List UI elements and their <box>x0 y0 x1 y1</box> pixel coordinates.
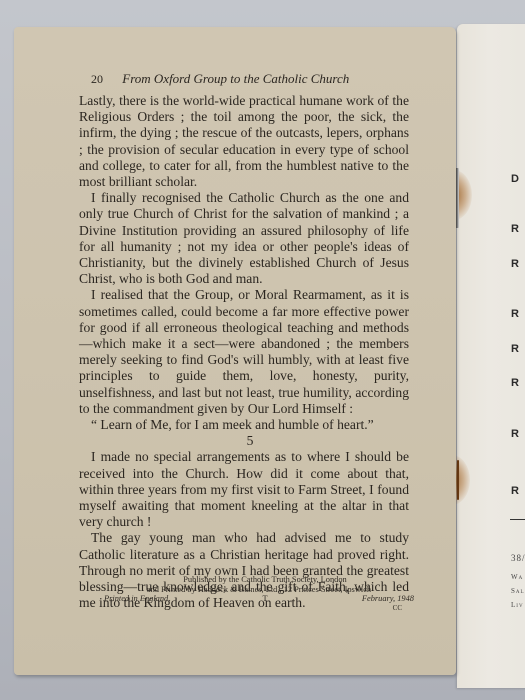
staple <box>457 460 459 500</box>
body-text: Lastly, there is the world-wide practica… <box>79 93 409 612</box>
paragraph: I made no special arrangements as to whe… <box>79 449 409 530</box>
paragraph: I finally recognised the Catholic Church… <box>79 190 409 287</box>
paragraph: Lastly, there is the world-wide practica… <box>79 93 409 190</box>
right-page-mark: R <box>511 308 519 320</box>
right-page-mark: R <box>511 258 519 270</box>
right-page-price-fragment: 38/ <box>511 553 525 563</box>
right-page-header-fragment: D <box>511 173 519 185</box>
right-page-rule <box>510 519 525 520</box>
publisher-line: Published by the Catholic Truth Society,… <box>104 575 414 585</box>
running-title: From Oxford Group to the Catholic Church <box>122 71 349 86</box>
printed-in: Printed in England <box>104 594 168 604</box>
printer-line: and Printed by Haddock & Baines, Ltd., 1… <box>104 585 414 595</box>
right-page-line: Sal <box>511 587 525 595</box>
colophon: Published by the Catholic Truth Society,… <box>104 575 414 613</box>
right-page-line: Wa <box>511 573 523 581</box>
right-page-line: Liv <box>511 601 524 609</box>
right-page-edge: D R R R R R R R 38/ Wa Sal Liv <box>457 24 525 688</box>
running-header: 20 From Oxford Group to the Catholic Chu… <box>91 71 411 87</box>
signature-mark: T <box>262 594 267 604</box>
page-number: 20 <box>91 72 103 86</box>
print-code: CC <box>104 604 414 614</box>
right-page-mark: R <box>511 377 519 389</box>
paragraph: I realised that the Group, or Moral Rear… <box>79 287 409 417</box>
section-number: 5 <box>79 433 409 449</box>
right-page-mark: R <box>511 485 519 497</box>
right-page-mark: R <box>511 343 519 355</box>
right-page-mark: R <box>511 428 519 440</box>
print-date: February, 1948 <box>362 594 414 604</box>
imprint-line: Printed in England T February, 1948 <box>104 594 414 604</box>
quotation: “ Learn of Me, for I am meek and humble … <box>79 417 409 433</box>
right-page-mark: R <box>511 223 519 235</box>
